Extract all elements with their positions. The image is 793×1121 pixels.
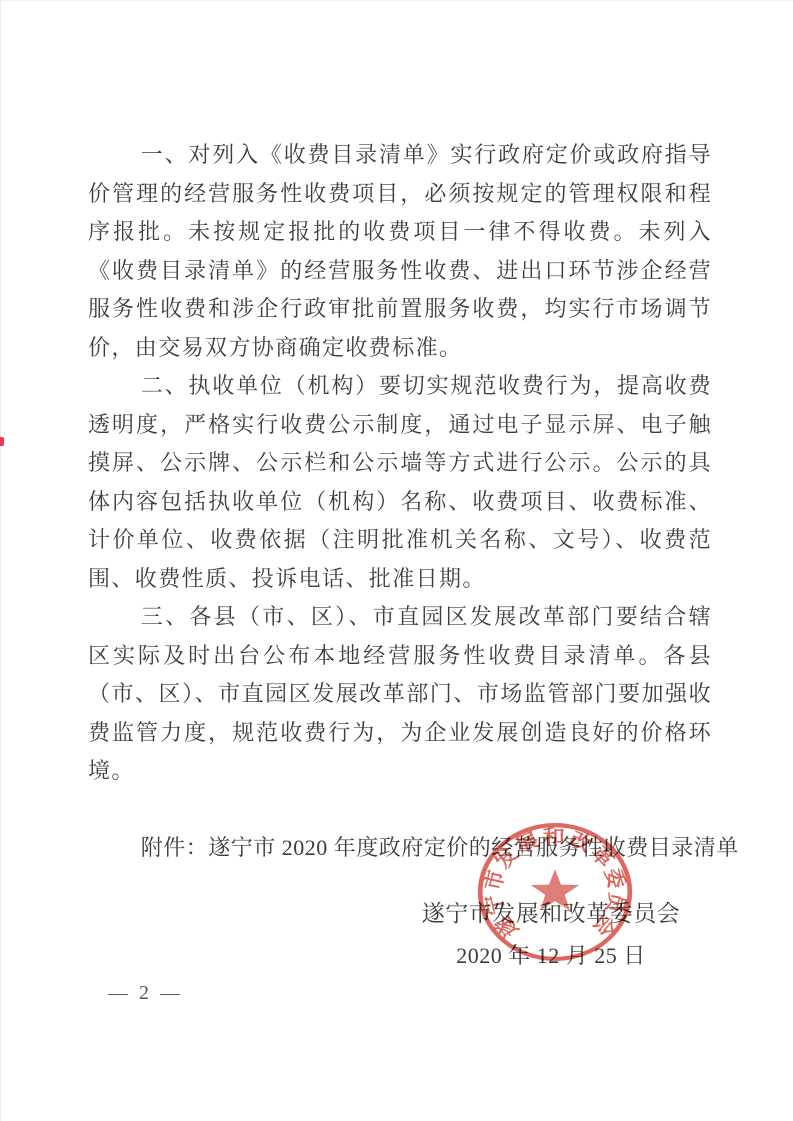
left-edge-red-mark bbox=[0, 437, 4, 446]
document-page: 一、对列入《收费目录清单》实行政府定价或政府指导价管理的经营服务性收费项目，必须… bbox=[0, 0, 793, 1121]
attachment-line: 附件：遂宁市 2020 年度政府定价的经营服务性收费目录清单 bbox=[88, 829, 712, 868]
paragraph-1: 一、对列入《收费目录清单》实行政府定价或政府指导价管理的经营服务性收费项目，必须… bbox=[88, 136, 712, 367]
paragraph-3: 三、各县（市、区）、市直园区发展改革部门要结合辖区实际及时出台公布本地经营服务性… bbox=[88, 598, 712, 791]
signature-block: 遂宁市发展和改革委员会 2020 年 12 月 25 日 bbox=[420, 899, 682, 971]
issue-date: 2020 年 12 月 25 日 bbox=[420, 941, 682, 971]
page-number: — 2 — bbox=[108, 982, 183, 1005]
issuing-authority-name: 遂宁市发展和改革委员会 bbox=[420, 899, 682, 929]
document-body: 一、对列入《收费目录清单》实行政府定价或政府指导价管理的经营服务性收费项目，必须… bbox=[88, 136, 712, 867]
paragraph-2: 二、执收单位（机构）要切实规范收费行为，提高收费透明度，严格实行收费公示制度，通… bbox=[88, 367, 712, 598]
